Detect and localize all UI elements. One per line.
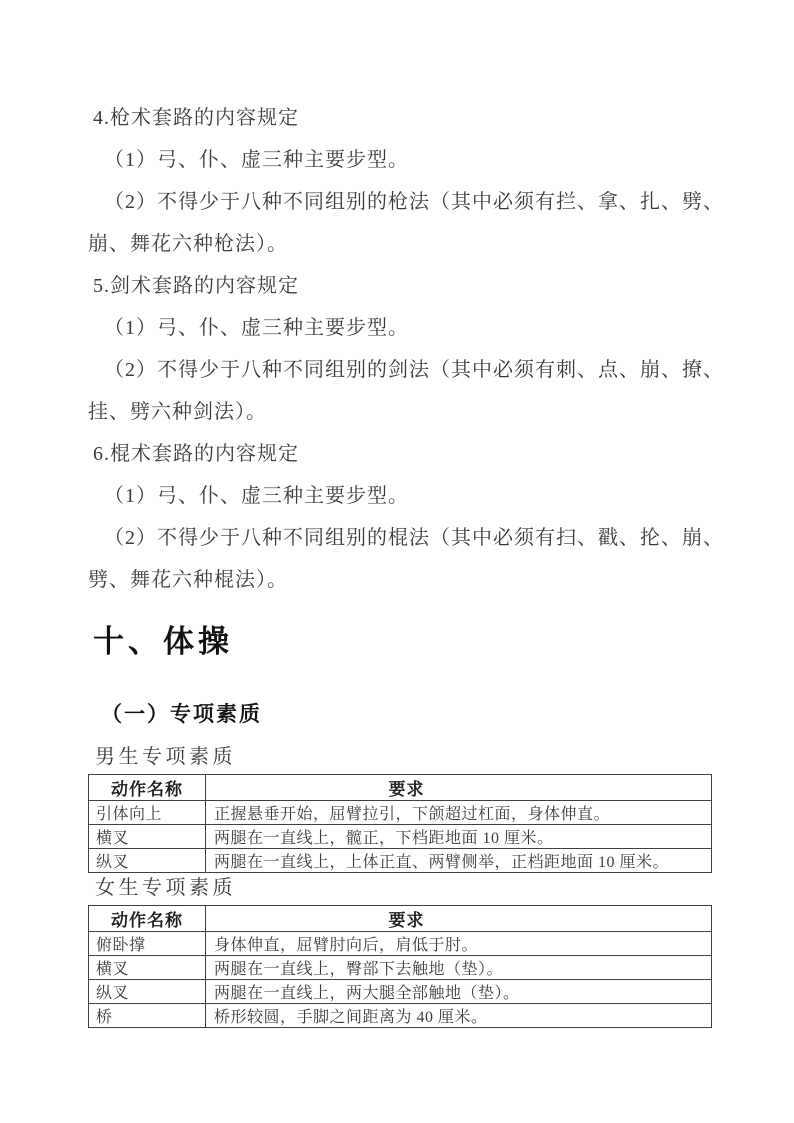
cell-requirement: 两腿在一直线上，两大腿全部触地（垫）。 (206, 980, 712, 1004)
table-row: 横叉 两腿在一直线上，髋正，下档距地面 10 厘米。 (89, 825, 712, 849)
cell-action-name: 纵叉 (89, 980, 206, 1004)
chapter-heading-gymnastics: 十、体操 (93, 624, 716, 660)
cell-action-name: 桥 (89, 1004, 206, 1028)
header-requirement: 要求 (206, 775, 712, 801)
table-header-row: 动作名称 要求 (89, 775, 712, 801)
body-line-spear-item2: （2）不得少于八种不同组别的枪法（其中必须有拦、拿、扎、劈、 (88, 181, 716, 223)
body-line-staff-item1: （1）弓、仆、虚三种主要步型。 (88, 475, 716, 517)
cell-action-name: 俯卧撑 (89, 932, 206, 956)
cell-requirement: 两腿在一直线上，髋正，下档距地面 10 厘米。 (206, 825, 712, 849)
table-row: 引体向上 正握悬垂开始，屈臂拉引，下颌超过杠面，身体伸直。 (89, 801, 712, 825)
body-line-sword-item2: （2）不得少于八种不同组别的剑法（其中必须有刺、点、崩、撩、 (88, 349, 716, 391)
male-table-label: 男生专项素质 (88, 745, 716, 769)
table-row: 俯卧撑 身体伸直，屈臂肘向后，肩低于肘。 (89, 932, 712, 956)
header-requirement: 要求 (206, 906, 712, 932)
female-table-label: 女生专项素质 (88, 876, 716, 900)
body-line-spear-item2b: 崩、舞花六种枪法）。 (88, 223, 716, 265)
table-row: 纵叉 两腿在一直线上，两大腿全部触地（垫）。 (89, 980, 712, 1004)
cell-action-name: 横叉 (89, 956, 206, 980)
table-row: 纵叉 两腿在一直线上，上体正直、两臂侧举，正档距地面 10 厘米。 (89, 849, 712, 873)
header-action-name: 动作名称 (89, 775, 206, 801)
body-line-staff-item2b: 劈、舞花六种棍法）。 (88, 559, 716, 601)
male-special-quality-table: 动作名称 要求 引体向上 正握悬垂开始，屈臂拉引，下颌超过杠面，身体伸直。 横叉… (88, 774, 712, 873)
body-line-staff-item2: （2）不得少于八种不同组别的棍法（其中必须有扫、戳、抡、崩、 (88, 517, 716, 559)
cell-action-name: 纵叉 (89, 849, 206, 873)
cell-action-name: 横叉 (89, 825, 206, 849)
page-content: 4.枪术套路的内容规定 （1）弓、仆、虚三种主要步型。 （2）不得少于八种不同组… (0, 0, 794, 1028)
body-line-sword-item1: （1）弓、仆、虚三种主要步型。 (88, 307, 716, 349)
cell-requirement: 两腿在一直线上，上体正直、两臂侧举，正档距地面 10 厘米。 (206, 849, 712, 873)
section-heading-special-quality: （一）专项素质 (101, 701, 716, 728)
table-header-row: 动作名称 要求 (89, 906, 712, 932)
body-line-spear-heading: 4.枪术套路的内容规定 (88, 97, 716, 139)
female-special-quality-table: 动作名称 要求 俯卧撑 身体伸直，屈臂肘向后，肩低于肘。 横叉 两腿在一直线上，… (88, 905, 712, 1028)
body-line-sword-item2b: 挂、劈六种剑法）。 (88, 391, 716, 433)
body-line-sword-heading: 5.剑术套路的内容规定 (88, 265, 716, 307)
cell-requirement: 正握悬垂开始，屈臂拉引，下颌超过杠面，身体伸直。 (206, 801, 712, 825)
cell-action-name: 引体向上 (89, 801, 206, 825)
document-page: 4.枪术套路的内容规定 （1）弓、仆、虚三种主要步型。 （2）不得少于八种不同组… (0, 0, 794, 1123)
header-action-name: 动作名称 (89, 906, 206, 932)
table-row: 桥 桥形较圆，手脚之间距离为 40 厘米。 (89, 1004, 712, 1028)
cell-requirement: 身体伸直，屈臂肘向后，肩低于肘。 (206, 932, 712, 956)
body-line-spear-item1: （1）弓、仆、虚三种主要步型。 (88, 139, 716, 181)
cell-requirement: 两腿在一直线上，臀部下去触地（垫）。 (206, 956, 712, 980)
body-line-staff-heading: 6.棍术套路的内容规定 (88, 433, 716, 475)
cell-requirement: 桥形较圆，手脚之间距离为 40 厘米。 (206, 1004, 712, 1028)
table-row: 横叉 两腿在一直线上，臀部下去触地（垫）。 (89, 956, 712, 980)
